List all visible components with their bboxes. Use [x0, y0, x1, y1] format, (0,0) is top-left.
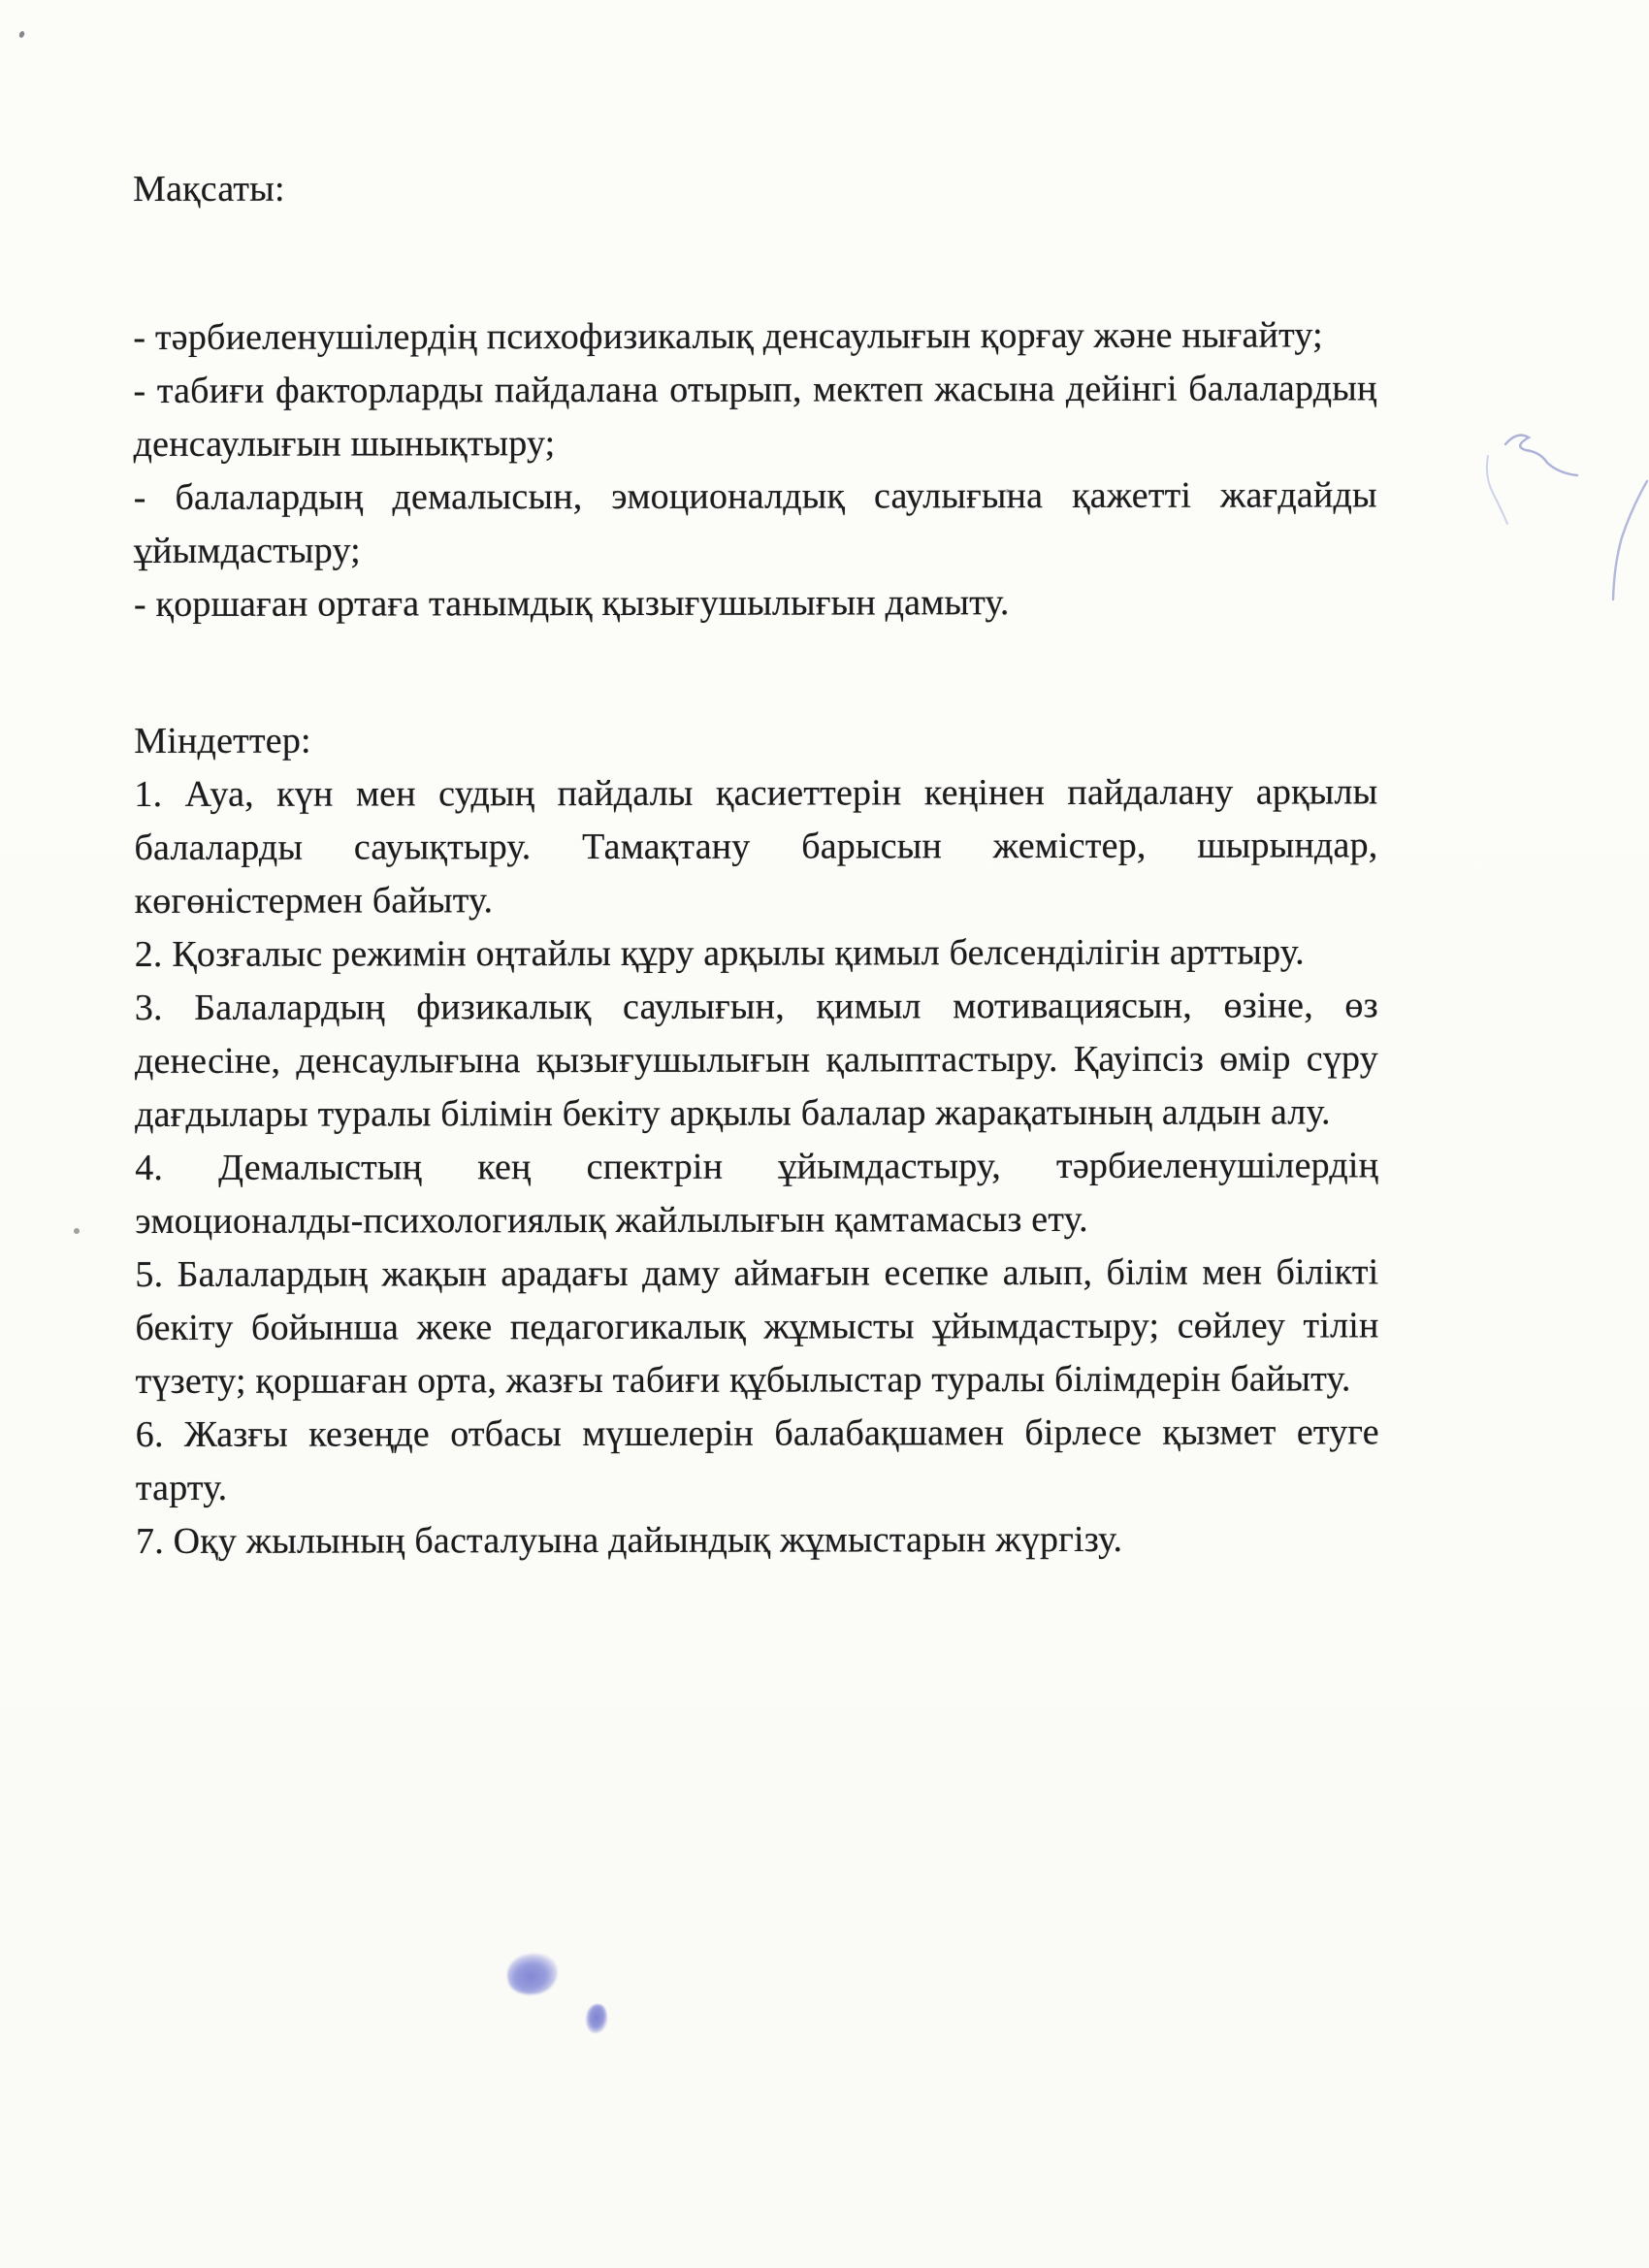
ink-blot-large	[503, 1949, 562, 1999]
task-item: 2. Қозғалыс режимін оңтайлы құру арқылы …	[135, 925, 1378, 982]
task-item: 5. Балалардың жақын арадағы даму аймағын…	[135, 1246, 1378, 1409]
task-item: 4. Демалыстың кең спектрін ұйымдастыру, …	[135, 1139, 1378, 1248]
goal-item: - тәрбиеленушілердің психофизикалық денс…	[133, 308, 1376, 365]
scan-speck	[18, 30, 25, 38]
goal-item: - табиғи факторларды пайдалана отырып, м…	[133, 362, 1376, 471]
tasks-list: 1. Ауа, күн мен судың пайдалы қасиеттері…	[134, 765, 1379, 1569]
task-item: 3. Балалардың физикалық саулығын, қимыл …	[135, 979, 1378, 1142]
goals-list: - тәрбиеленушілердің психофизикалық денс…	[133, 308, 1377, 632]
scanned-document-page: Мақсаты: - тәрбиеленушілердің психофизик…	[0, 0, 1649, 2268]
ink-blot-small	[584, 2003, 609, 2035]
scan-speck	[1005, 489, 1010, 493]
pen-scribble-mark	[1436, 388, 1649, 601]
goal-item: - балалардың демалысын, эмоционалдық сау…	[134, 469, 1377, 578]
task-item: 1. Ауа, күн мен судың пайдалы қасиеттері…	[134, 765, 1377, 928]
goal-item: - қоршаған ортаға танымдық қызығушылығын…	[134, 575, 1377, 632]
task-item: 6. Жазғы кезеңде отбасы мүшелерін балаба…	[136, 1406, 1379, 1515]
goals-heading: Мақсаты:	[133, 160, 1376, 216]
scan-speck	[74, 1228, 80, 1234]
document-text-block: Мақсаты: - тәрбиеленушілердің психофизик…	[133, 160, 1379, 1569]
tasks-heading: Міндеттер:	[134, 712, 1377, 768]
task-item: 7. Оқу жылының басталуына дайындық жұмыс…	[136, 1512, 1379, 1569]
